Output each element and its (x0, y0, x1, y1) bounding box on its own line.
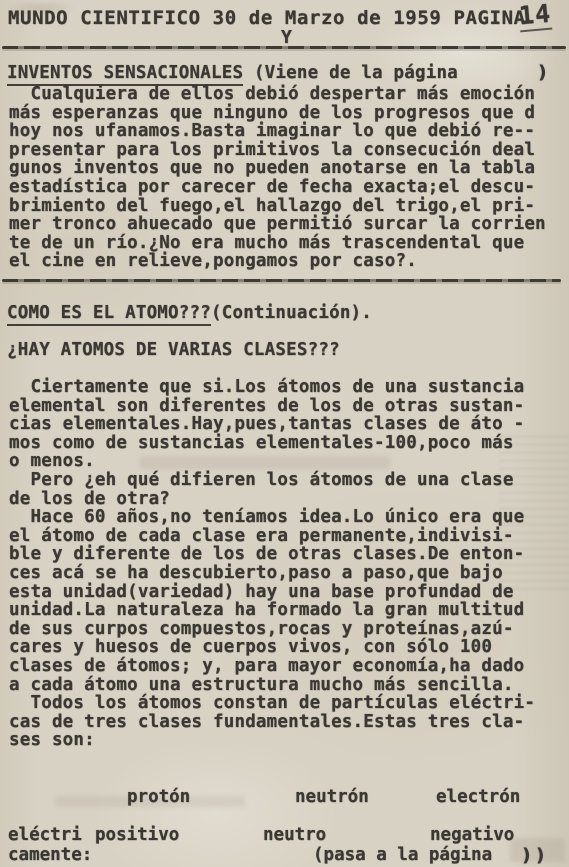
text-line: Pero ¿eh qué difieren los átomos de una … (9, 471, 535, 490)
text-line: mer tronco ahuecado que permitió surcar … (9, 215, 546, 234)
text-line: esta unidad(variedad) hay una base profu… (9, 583, 535, 602)
text-line: Ciertamente que si.Los átomos de una sus… (9, 378, 535, 397)
text-line: de los de otra? (9, 490, 535, 509)
text-line: o menos. (9, 452, 535, 471)
article-atomo-title-note: (Continuación). (211, 303, 372, 323)
text-line: mos como de sustancias elementales-100,p… (9, 434, 535, 453)
text-line: unidad.La naturaleza ha formado la gran … (9, 601, 535, 620)
text-line: presentar para los primitivos la consecu… (9, 141, 546, 160)
text-line: ces acá se ha descubierto,paso a paso,qu… (9, 564, 535, 583)
text-line: el átomo de cada clase era permanente,in… (9, 527, 535, 546)
value-neutro: neutro (263, 825, 326, 845)
particles-table-header-row: protón neutrón electrón (0, 787, 569, 807)
text-line: brimiento del fuego,el hallazgo del trig… (9, 197, 546, 216)
text-line: más esperanzas que ninguno de los progre… (9, 104, 546, 123)
article-atomo-title-line: COMO ES EL ATOMO???(Continuación). (7, 303, 372, 323)
header-continuation-letter: Y (281, 27, 292, 48)
particle-column-neutron: neutrón (295, 787, 369, 807)
text-line: te de un río.¿No era mucho más trascende… (9, 234, 546, 253)
row-label-camente: camente: (8, 845, 92, 865)
article-atomo-subheading: ¿HAY ATOMOS DE VARIAS CLASES??? (7, 340, 340, 360)
particle-column-electron: electrón (436, 787, 520, 807)
article-inventos-continued-note: (Viene de la página (243, 63, 458, 83)
text-line: gunos inventos que no pueden anotarse en… (9, 159, 546, 178)
text-line: de sus curpos compuestos,rocas y proteín… (9, 620, 535, 639)
text-line: cares y huesos de cuerpos vivos, con sól… (9, 638, 535, 657)
article-atomo-paragraph: Ciertamente que si.Los átomos de una sus… (9, 378, 535, 750)
text-line: clases de átomos; y, para mayor economía… (9, 657, 535, 676)
page-number: 14 (518, 0, 553, 32)
text-line: ses son: (9, 731, 535, 750)
text-line: Todos los átomos constan de partículas e… (9, 694, 535, 713)
text-line: ble y diferente de los de otras clases.D… (9, 545, 535, 564)
text-line: cias elementales.Hay,pues,tantas clases … (9, 415, 535, 434)
page-header-title: MUNDO CIENTIFICO 30 de Marzo de 1959 PAG… (8, 7, 526, 29)
section-divider-rule (2, 279, 561, 282)
article-atomo-title: COMO ES EL ATOMO??? (7, 303, 211, 326)
text-line: cas de tres clases fundamentales.Estas t… (9, 713, 535, 732)
footer-continuation-note: (pasa a la página (313, 845, 492, 865)
article-inventos-paragraph: Cualquiera de ellos debió despertar más … (9, 85, 546, 271)
particle-column-proton: protón (127, 787, 190, 807)
particles-table-values-row: eléctri positivo neutro negativo (0, 825, 569, 845)
article-inventos-title: INVENTOS SENSACIONALES (7, 63, 243, 86)
footer-close-parens: )) (521, 845, 549, 866)
value-positivo: positivo (95, 825, 179, 845)
text-line: estadística por carecer de fecha exacta;… (9, 178, 546, 197)
text-line: hoy nos ufanamos.Basta imaginar lo que d… (9, 122, 546, 141)
text-line: Cualquiera de ellos debió despertar más … (9, 85, 546, 104)
text-line: el cine en relieve,pongamos por caso?. (9, 252, 546, 271)
scanned-document-page: MUNDO CIENTIFICO 30 de Marzo de 1959 PAG… (0, 0, 569, 867)
text-line: elemental son diferentes de los de otras… (9, 397, 535, 416)
header-rule (2, 46, 566, 49)
page-footer-row: camente: (pasa a la página )) (0, 845, 569, 865)
row-label-electri: eléctri (8, 825, 82, 845)
text-line: a cada átomo una estructura mucho más se… (9, 676, 535, 695)
article-inventos-close-paren: ) (537, 62, 548, 83)
value-negativo: negativo (430, 825, 514, 845)
text-line: Hace 60 años,no teníamos idea.Lo único e… (9, 508, 535, 527)
article-inventos-title-line: INVENTOS SENSACIONALES (Viene de la pági… (7, 63, 458, 83)
